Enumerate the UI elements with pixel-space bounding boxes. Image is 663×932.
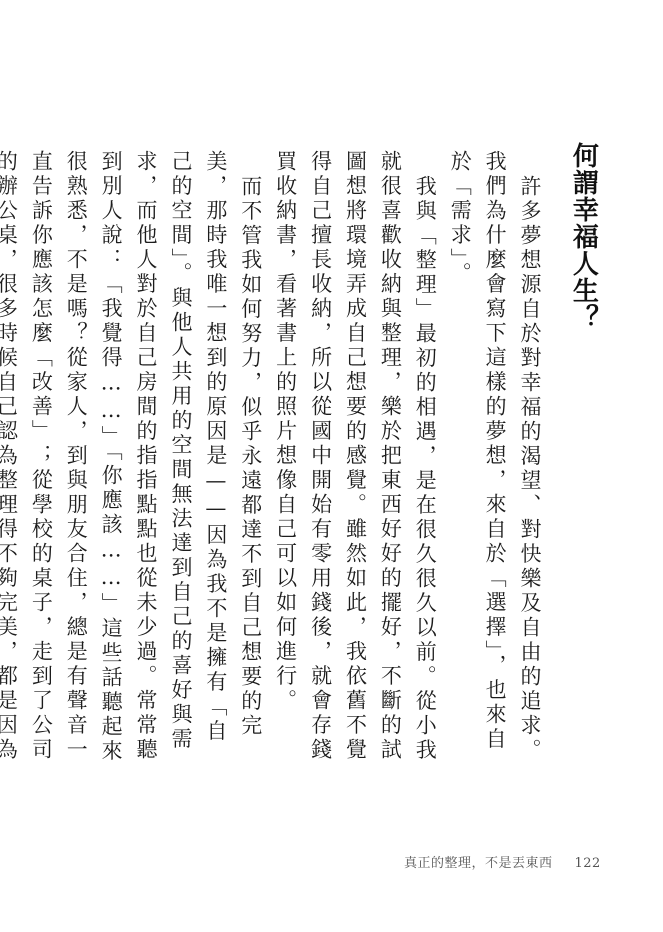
page-number: 122 xyxy=(575,856,601,871)
book-page: 何謂幸福人生？ 許多夢想源自於對幸福的渴望、對快樂及自由的追求。我們為什麼會寫下… xyxy=(0,0,663,932)
paragraph-3: 而不管我如何努力，似乎永遠都達不到自己想要的完美，那時我唯一想到的原因是——因為… xyxy=(0,150,268,765)
section-title: 何謂幸福人生？ xyxy=(567,142,599,331)
paragraph-1: 許多夢想源自於對幸福的渴望、對快樂及自由的追求。我們為什麼會寫下這樣的夢想，來自… xyxy=(442,150,547,765)
body-text: 許多夢想源自於對幸福的渴望、對快樂及自由的追求。我們為什麼會寫下這樣的夢想，來自… xyxy=(0,150,547,765)
running-title: 真正的整理，不是丟東西 xyxy=(404,856,553,871)
page-footer: 真正的整理，不是丟東西122 xyxy=(404,852,601,871)
paragraph-2: 我與「整理」最初的相遇，是在很久很久以前。從小我就很喜歡收納與整理，樂於把東西好… xyxy=(268,150,443,765)
